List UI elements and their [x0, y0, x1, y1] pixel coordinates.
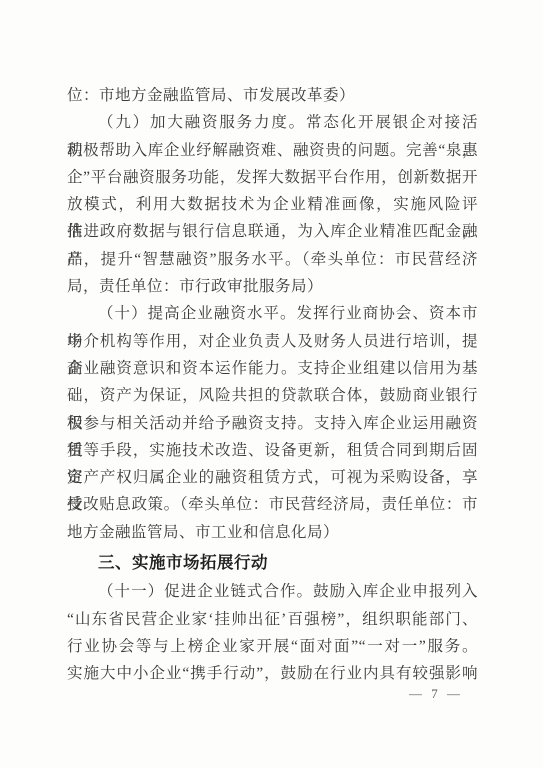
text-line: 局，责任单位：市行政审批服务局） [67, 273, 478, 300]
text-line: 企业融资意识和资本运作能力。支持企业组建以信用为基 [67, 355, 478, 382]
page-number: — 7 — [409, 686, 463, 702]
text-line: 中介机构等作用，对企业负责人及财务人员进行培训，提高 [67, 328, 478, 355]
document-page: 位：市地方金融监管局、市发展改革委）（九）加大融资服务力度。常态化开展银企对接活… [0, 0, 543, 768]
text-line: （十一）促进企业链式合作。鼓励入库企业申报列入 [67, 578, 478, 605]
text-line: （十）提高企业融资水平。发挥行业商协会、资本市场 [67, 300, 478, 327]
text-line: 赁等手段，实施技术改造、设备更新，租赁合同到期后固定 [67, 437, 478, 464]
text-line: 积极帮助入库企业纾解融资难、融资贵的问题。完善“泉惠 [67, 137, 478, 164]
text-line: 行业协会等与上榜企业家开展“面对面”“一对一”服务。 [67, 633, 478, 660]
text-line: 推进政府数据与银行信息联通，为入库企业精准匹配金融产 [67, 218, 478, 245]
text-line: （九）加大融资服务力度。常态化开展银企对接活动， [67, 109, 478, 136]
text-line: 极参与相关活动并给予融资支持。支持入库企业运用融资租 [67, 410, 478, 437]
text-line: 资产产权归属企业的融资租赁方式，可视为采购设备，享受 [67, 464, 478, 491]
text-line: 放模式，利用大数据技术为企业精准画像，实施风险评估， [67, 191, 478, 218]
section-heading: 三、实施市场拓展行动 [67, 549, 478, 576]
text-line: 地方金融监管局、市工业和信息化局） [67, 519, 478, 546]
text-line: “山东省民营企业家‘挂帅出征’百强榜”，组织职能部门、 [67, 606, 478, 633]
document-body: 位：市地方金融监管局、市发展改革委）（九）加大融资服务力度。常态化开展银企对接活… [67, 82, 478, 688]
text-line: 技改贴息政策。（牵头单位：市民营经济局，责任单位：市 [67, 491, 478, 518]
text-line: 础，资产为保证，风险共担的贷款联合体，鼓励商业银行积 [67, 382, 478, 409]
text-line: 品，提升“智慧融资”服务水平。（牵头单位：市民营经济 [67, 246, 478, 273]
text-line: 实施大中小企业“携手行动”，鼓励在行业内具有较强影响 [67, 660, 478, 687]
text-line: 企”平台融资服务功能，发挥大数据平台作用，创新数据开 [67, 164, 478, 191]
text-line: 位：市地方金融监管局、市发展改革委） [67, 82, 478, 109]
